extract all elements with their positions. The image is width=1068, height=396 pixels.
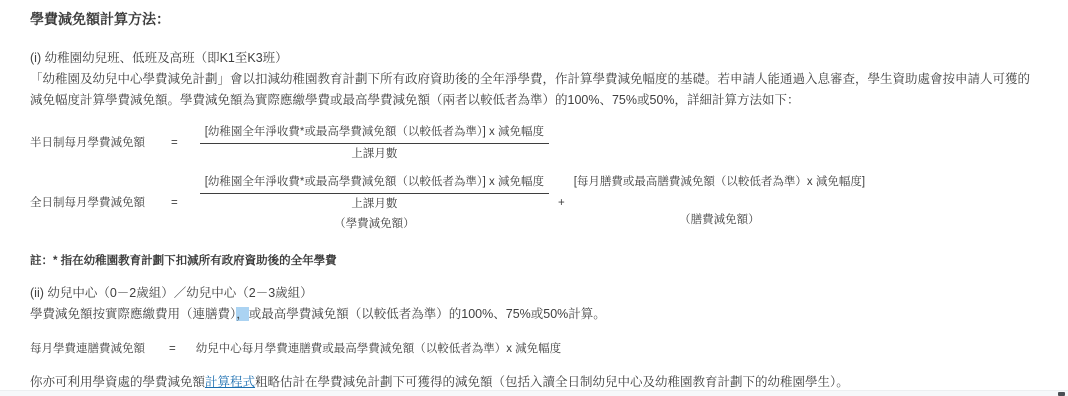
next-section-strip: [0, 390, 1068, 396]
formula-half-day-label: 半日制每月學費減免額: [30, 136, 145, 151]
plus-sign: +: [558, 196, 565, 211]
section-ii: (ii) 幼兒中心（0－2歲組）／幼兒中心（2－3歲組） 學費減免額按實際應繳費…: [30, 283, 1042, 325]
bottom-right-artifact: [1058, 392, 1065, 396]
section-i-heading: (i) 幼稚園幼兒班、低班及高班（即K1至K3班）: [30, 48, 1042, 69]
sentence-before-selection: 學費減免額按實際應繳費用（連膳費）: [30, 307, 236, 321]
formula-monthly-label: 每月學費連膳費減免額: [30, 342, 145, 357]
fraction-denominator: 上課月數: [200, 144, 549, 162]
meal-term-column: [每月膳費或最高膳費減免額（以較低者為準）x 減免幅度] （膳費減免額）: [574, 175, 865, 228]
document-content: 學費減免額計算方法： (i) 幼稚園幼兒班、低班及高班（即K1至K3班） 「幼稚…: [0, 0, 1068, 393]
formula-monthly-expression: 幼兒中心每月學費連膳費或最高學費減免額（以較低者為準）x 減免幅度: [196, 342, 561, 357]
fraction-numerator: [幼稚園全年淨收費*或最高學費減免額（以較低者為準）] x 減免幅度: [200, 175, 549, 194]
equals-sign: =: [171, 196, 178, 211]
formula-monthly-fee: 每月學費連膳費減免額 = 幼兒中心每月學費連膳費或最高學費減免額（以較低者為準）…: [30, 342, 1042, 357]
footer-text-after-link: 粗略估計在學費減免計劃下可獲得的減免額（包括入讀全日制幼兒中心及幼稚園教育計劃下…: [255, 375, 849, 389]
page-title: 學費減免額計算方法：: [30, 10, 1042, 28]
calculator-link[interactable]: 計算程式: [205, 375, 255, 389]
text-selection-highlight: ，: [236, 307, 249, 321]
formula-full-day-label: 全日制每月學費減免額: [30, 196, 145, 211]
footnote: 註：* 指在幼稚園教育計劃下扣減所有政府資助後的全年學費: [30, 254, 1042, 269]
document-page: 學費減免額計算方法： (i) 幼稚園幼兒班、低班及高班（即K1至K3班） 「幼稚…: [0, 0, 1068, 396]
fraction-numerator: [幼稚園全年淨收費*或最高學費減免額（以較低者為準）] x 減免幅度: [200, 125, 549, 144]
sentence-after-selection: 或最高學費減免額（以較低者為準）的100%、75%或50%計算。: [249, 307, 606, 321]
section-i: (i) 幼稚園幼兒班、低班及高班（即K1至K3班） 「幼稚園及幼兒中心學費減免計…: [30, 48, 1042, 111]
footer-text-before-link: 你亦可利用學資處的學費減免額: [30, 375, 205, 389]
equals-sign: =: [171, 136, 178, 151]
formula-half-day: 半日制每月學費減免額 = [幼稚園全年淨收費*或最高學費減免額（以較低者為準）]…: [30, 125, 1042, 162]
equals-sign: =: [169, 342, 176, 357]
fraction-caption-tuition: （學費減免額）: [200, 212, 549, 232]
formula-full-day: 全日制每月學費減免額 = [幼稚園全年淨收費*或最高學費減免額（以較低者為準）]…: [30, 175, 1042, 232]
fraction-denominator: 上課月數: [200, 194, 549, 212]
fraction-caption-meal: （膳費減免額）: [574, 213, 865, 228]
meal-fee-term: [每月膳費或最高膳費減免額（以較低者為準）x 減免幅度]: [574, 175, 865, 190]
fraction: [幼稚園全年淨收費*或最高學費減免額（以較低者為準）] x 減免幅度 上課月數: [200, 125, 549, 162]
section-ii-heading: (ii) 幼兒中心（0－2歲組）／幼兒中心（2－3歲組）: [30, 283, 1042, 304]
section-ii-sentence: 學費減免額按實際應繳費用（連膳費），或最高學費減免額（以較低者為準）的100%、…: [30, 304, 1042, 325]
section-i-paragraph: 「幼稚園及幼兒中心學費減免計劃」會以扣減幼稚園教育計劃下所有政府資助後的全年淨學…: [30, 69, 1042, 111]
fraction: [幼稚園全年淨收費*或最高學費減免額（以較低者為準）] x 減免幅度 上課月數 …: [200, 175, 549, 232]
